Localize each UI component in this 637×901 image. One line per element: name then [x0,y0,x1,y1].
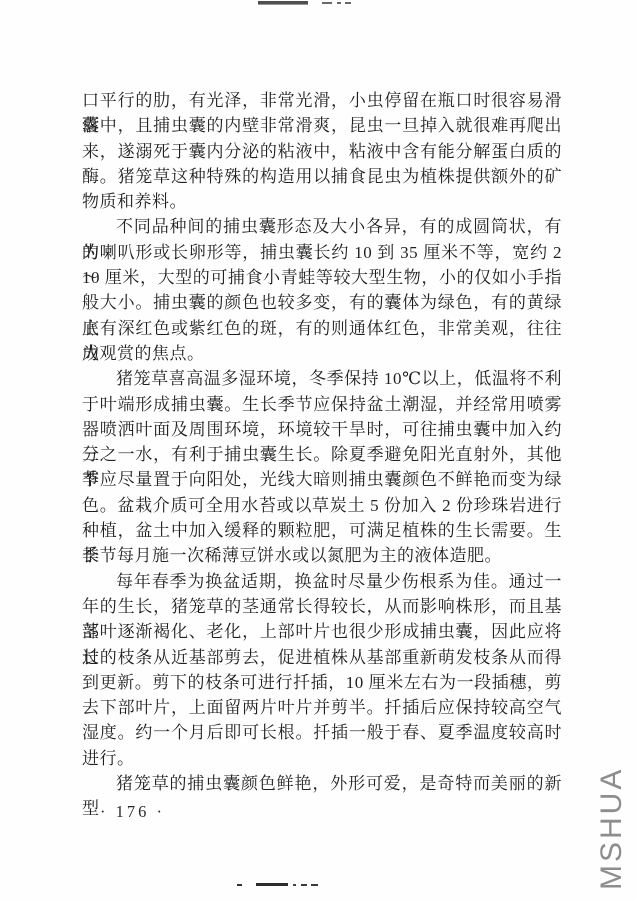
text-line: 季节每月施一次稀薄豆饼水或以氮肥为主的液体造肥。 [82,543,562,568]
text-line: 物质和养料。 [82,189,562,214]
text-line: 口平行的肋，有光泽，非常光滑，小虫停留在瓶口时很容易滑落 [82,88,562,113]
text-line: 为观赏的焦点。 [82,341,562,366]
text-line: 每年春季为换盆适期，换盆时尽量少伤根系为佳。通过一 [82,569,562,594]
text-line: 节应尽量置于向阳处，光线大暗则捕虫囊颜色不鲜艳而变为绿 [82,467,562,492]
text-line: 上有深红色或紫红色的斑，有的则通体红色，非常美观，往往成 [82,316,562,341]
text-line: 囊中，且捕虫囊的内壁非常滑爽，昆虫一旦掉入就很难再爬出 [82,113,562,138]
body-text: 口平行的肋，有光泽，非常光滑，小虫停留在瓶口时很容易滑落 囊中，且捕虫囊的内壁非… [82,88,562,796]
text-line: 茎叶逐渐褐化、老化，上部叶片也很少形成捕虫囊，因此应将过 [82,619,562,644]
text-line: 于叶端形成捕虫囊。生长季节应保持盆土潮湿，并经常用喷雾 [82,392,562,417]
watermark: MSHUA [592,770,632,890]
book-page: 口平行的肋，有光泽，非常光滑，小虫停留在瓶口时很容易滑落 囊中，且捕虫囊的内壁非… [0,0,637,901]
footer-mark-artifact [237,884,242,886]
text-line: 分之一水，有利于捕虫囊生长。除夏季避免阳光直射外，其他季 [82,442,562,467]
text-line: 猪笼草的捕虫囊颜色鲜艳，外形可爱，是奇特而美丽的新型 [82,771,562,796]
footer-mark-artifact [301,884,307,886]
text-line: 色。盆栽介质可全用水苔或以草炭土 5 份加入 2 份珍珠岩进行 [82,493,562,518]
text-line: 来，遂溺死于囊内分泌的粘液中，粘液中含有能分解蛋白质的 [82,139,562,164]
header-rule-artifact [258,1,308,5]
page-number: · 176 · [100,802,165,822]
text-line: 种植，盆土中加入缓释的颗粒肥，可满足植株的生长需要。生长 [82,518,562,543]
footer-mark-artifact [311,884,318,886]
text-line: 为喇叭形或长卵形等，捕虫囊长约 10 到 35 厘米不等，宽约 2～ [82,240,562,265]
text-line: 10 厘米，大型的可捕食小青蛙等较大型生物，小的仅如小手指 [82,265,562,290]
text-line: 去下部叶片，上面留两片叶片并剪半。扦插后应保持较高空气 [82,695,562,720]
text-line: 湿度。约一个月后即可长根。扦插一般于春、夏季温度较高时 [82,720,562,745]
text-line: 酶。猪笼草这种特殊的构造用以捕食昆虫为植株提供额外的矿 [82,164,562,189]
footer-mark-artifact [256,883,288,886]
text-line: 般大小。捕虫囊的颜色也较多变，有的囊体为绿色，有的黄绿底 [82,290,562,315]
text-line: 猪笼草喜高温多湿环境，冬季保持 10℃以上，低温将不利 [82,366,562,391]
header-mark-artifact [337,2,341,4]
text-line: 器喷洒叶面及周围环境，环境较干旱时，可往捕虫囊中加入约三 [82,417,562,442]
text-line: 进行。 [82,746,562,771]
footer-mark-artifact [293,884,296,886]
text-line: 年的生长，猪笼草的茎通常长得较长，从而影响株形，而且基部 [82,594,562,619]
header-mark-artifact [322,2,332,4]
text-line: 长的枝条从近基部剪去，促进植株从基部重新萌发枝条从而得 [82,645,562,670]
header-mark-artifact [345,2,351,4]
text-line: 不同品种间的捕虫囊形态及大小各异，有的成圆筒状，有的 [82,214,562,239]
text-line: 到更新。剪下的枝条可进行扦插，10 厘米左右为一段插穗，剪 [82,670,562,695]
